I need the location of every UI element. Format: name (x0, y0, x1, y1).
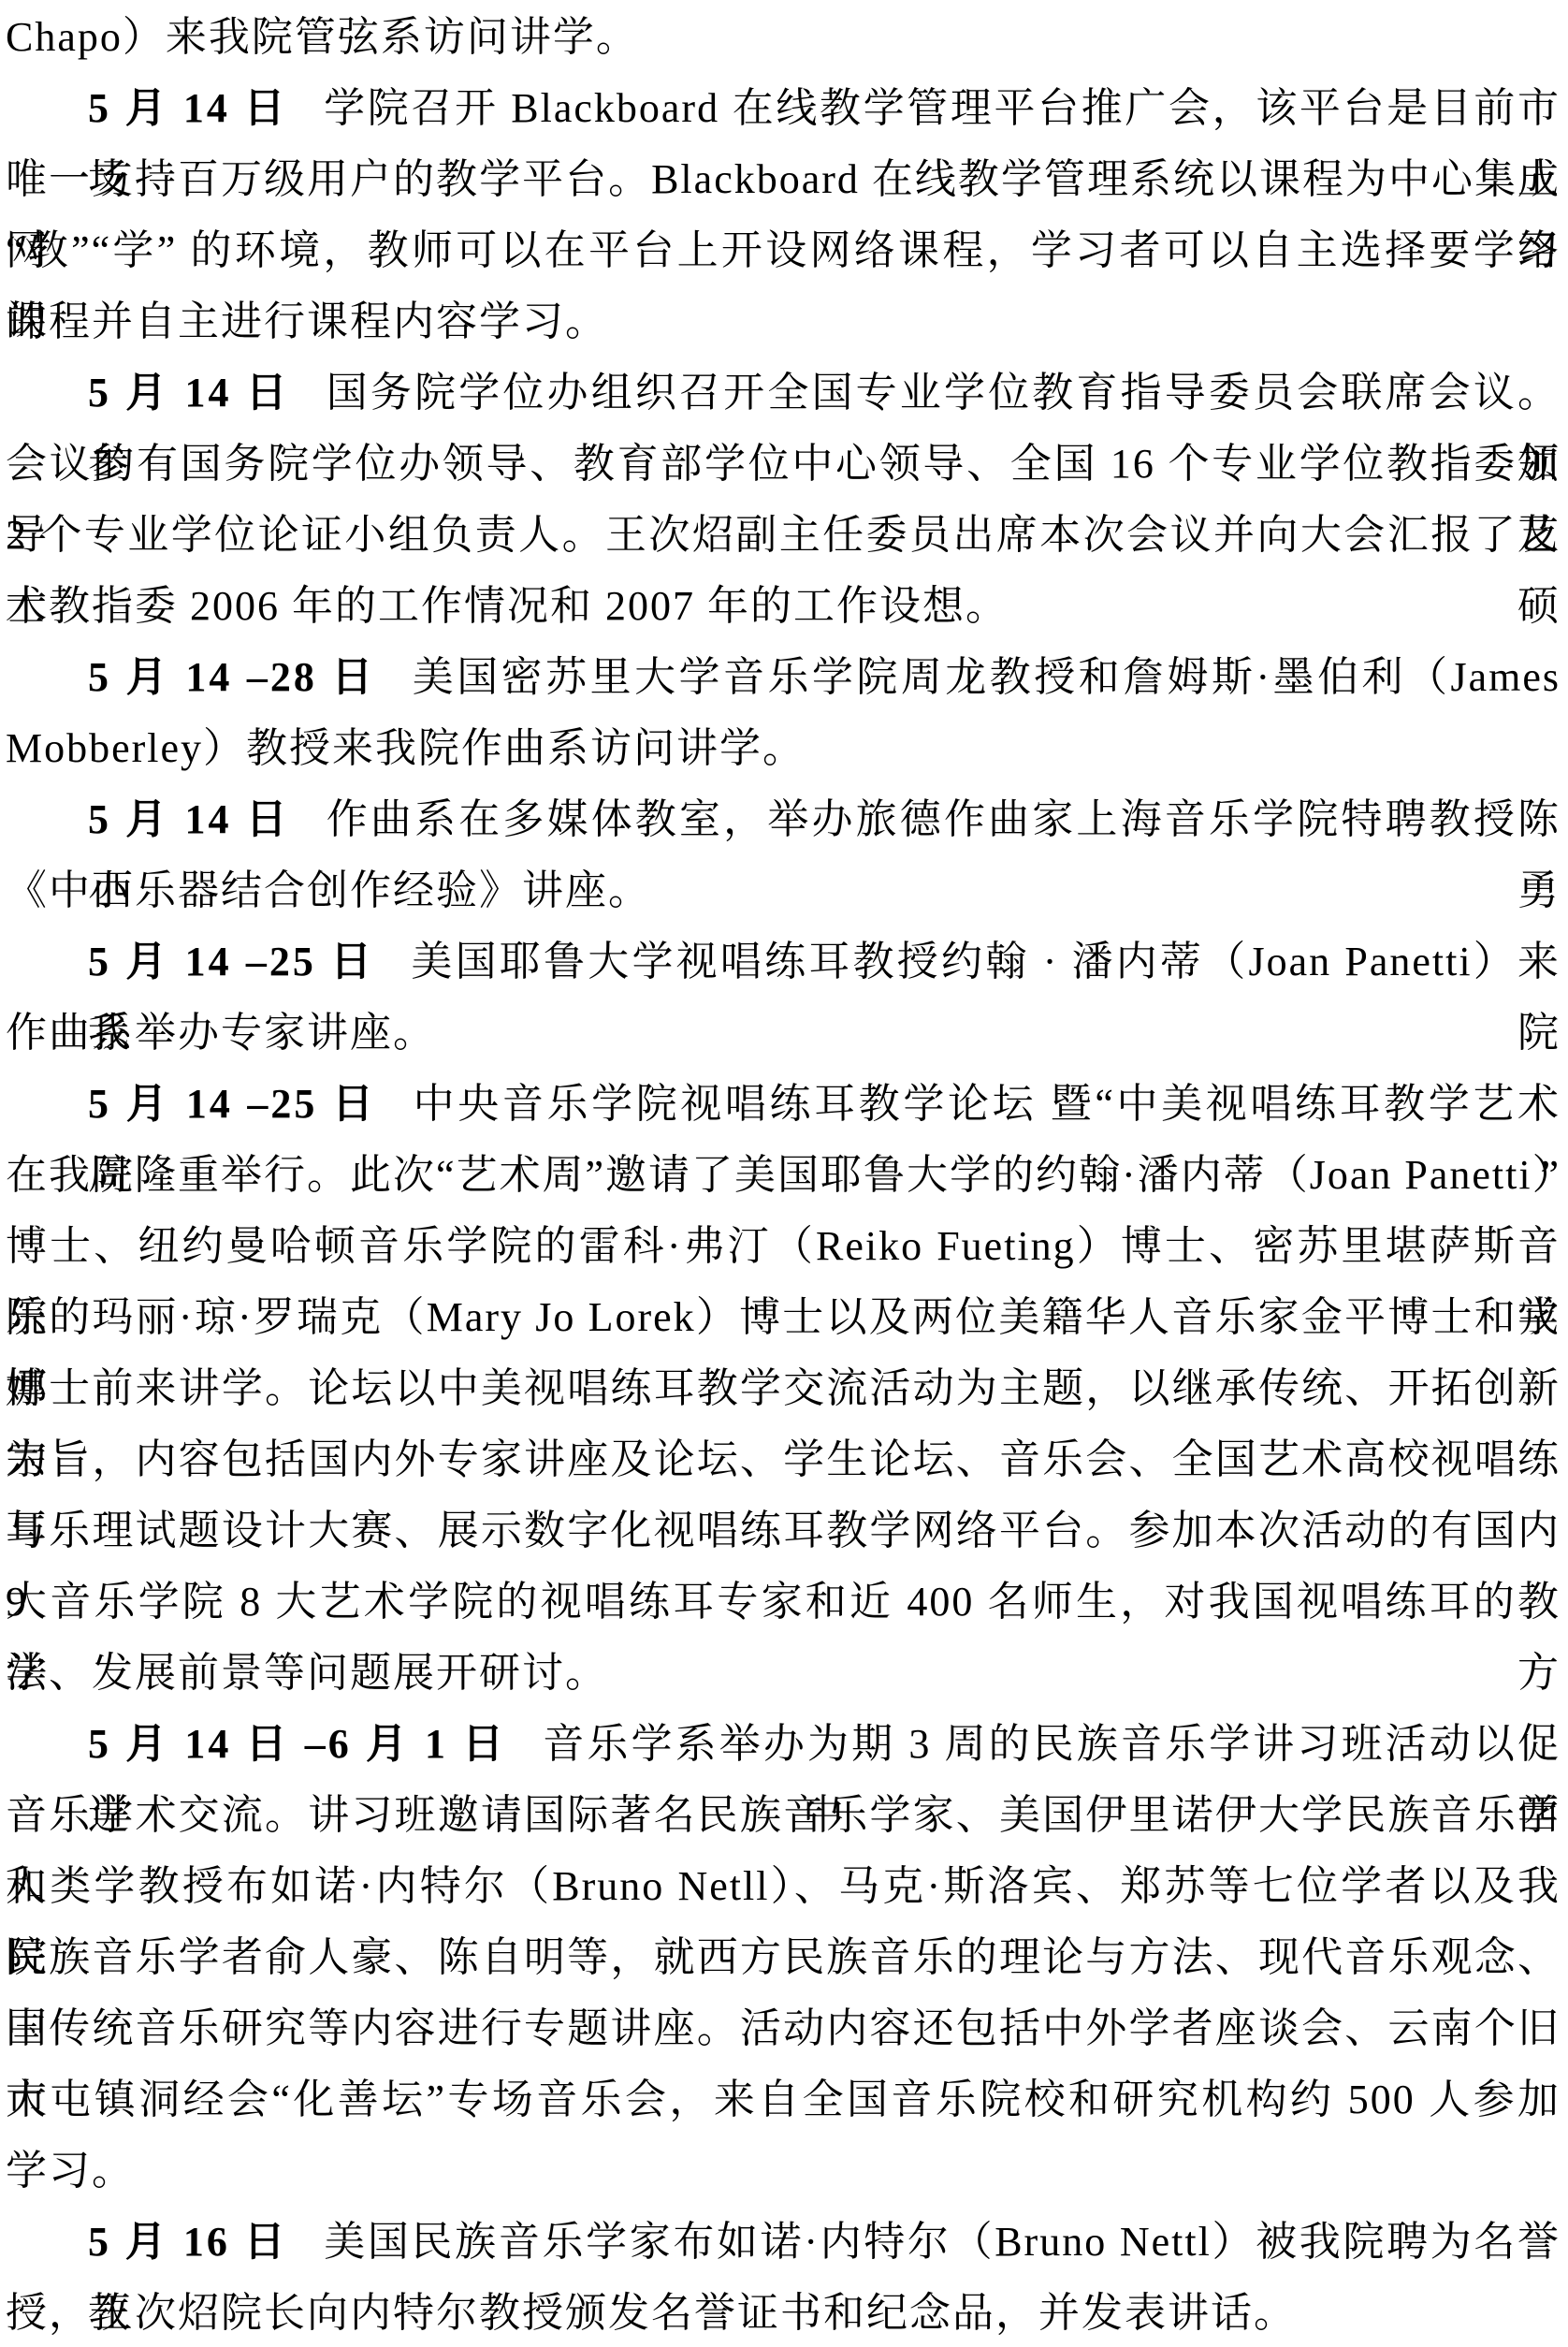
line-text: 在我院隆重举行。此次“艺术周”邀请了美国耶鲁大学的约翰·潘内蒂（Joan Pan… (6, 1152, 1568, 1198)
text-line: 会议的有国务院学位办领导、教育部学位中心领导、全国 16 个专业学位教指委领导及 (6, 429, 1561, 500)
text-line: 唯一支持百万级用户的教学平台。Blackboard 在线教学管理系统以课程为中心… (6, 144, 1561, 215)
date-label: 5 月 14 日 –6 月 1 日 (88, 1721, 507, 1767)
line-text: 学习。 (6, 2148, 135, 2194)
text-line: 5 月 14 –28 日美国密苏里大学音乐学院周龙教授和詹姆斯·墨伯利（Jame… (6, 642, 1561, 713)
line-text: Chapo）来我院管弦系访问讲学。 (6, 14, 639, 60)
text-line: 宗旨，内容包括国内外专家讲座及论坛、学生论坛、音乐会、全国艺术高校视唱练耳 (6, 1424, 1561, 1495)
text-line: Mobberley）教授来我院作曲系访问讲学。 (6, 713, 1561, 784)
line-text: 法、发展前景等问题展开研讨。 (6, 1650, 608, 1696)
line-text: 课程并自主进行课程内容学习。 (6, 299, 608, 344)
line-text: 大屯镇洞经会“化善坛”专场音乐会，来自全国音乐院校和研究机构约 500 人参加 (6, 2077, 1561, 2122)
text-line: 5 月 14 日学院召开 Blackboard 在线教学管理平台推广会，该平台是… (6, 73, 1561, 144)
line-text: Mobberley）教授来我院作曲系访问讲学。 (6, 725, 806, 771)
text-line: 5 月 14 日 –6 月 1 日音乐学系举办为期 3 周的民族音乐学讲习班活动… (6, 1709, 1561, 1780)
date-label: 5 月 14 日 (88, 796, 291, 842)
text-line: 2 个专业学位论证小组负责人。王次炤副主任委员出席本次会议并向大会汇报了艺术硕 (6, 500, 1561, 571)
text-line: 音乐学术交流。讲习班邀请国际著名民族音乐学家、美国伊里诺伊大学民族音乐学和 (6, 1780, 1561, 1851)
text-line: 人类学教授布如诺·内特尔（Bruno Netll）、马克·斯洛宾、郑苏等七位学者… (6, 1851, 1561, 1922)
text-line: 与乐理试题设计大赛、展示数字化视唱练耳教学网络平台。参加本次活动的有国内 9 (6, 1495, 1561, 1567)
text-line: 5 月 16 日美国民族音乐学家布如诺·内特尔（Bruno Nettl）被我院聘… (6, 2207, 1561, 2278)
text-line: 博士、纽约曼哈顿音乐学院的雷科·弗汀（Reiko Fueting）博士、密苏里堪… (6, 1211, 1561, 1282)
text-line: 5 月 14 日作曲系在多媒体教室，举办旅德作曲家上海音乐学院特聘教授陈小勇 (6, 784, 1561, 855)
text-block: Chapo）来我院管弦系访问讲学。5 月 14 日学院召开 Blackboard… (6, 2, 1561, 2347)
date-label: 5 月 14 日 (88, 370, 291, 415)
text-line: 5 月 14 –25 日美国耶鲁大学视唱练耳教授约翰 · 潘内蒂（Joan Pa… (6, 926, 1561, 998)
text-line: 国传统音乐研究等内容进行专题讲座。活动内容还包括中外学者座谈会、云南个旧市 (6, 1993, 1561, 2064)
date-label: 5 月 14 –28 日 (88, 654, 377, 700)
text-line: 学习。 (6, 2136, 1561, 2207)
line-text: 美国密苏里大学音乐学院周龙教授和詹姆斯·墨伯利（James (413, 654, 1561, 700)
date-label: 5 月 14 –25 日 (88, 1081, 378, 1127)
text-line: 博士前来讲学。论坛以中美视唱练耳教学交流活动为主题，以继承传统、开拓创新为 (6, 1353, 1561, 1424)
text-line: 5 月 14 日国务院学位办组织召开全国专业学位教育指导委员会联席会议。参加 (6, 357, 1561, 429)
line-text: 作曲系举办专家讲座。 (6, 1010, 436, 1056)
text-line: “教”“学” 的环境，教师可以在平台上开设网络课程，学习者可以自主选择要学习的 (6, 215, 1561, 286)
text-line: 课程并自主进行课程内容学习。 (6, 286, 1561, 357)
document-page: Chapo）来我院管弦系访问讲学。5 月 14 日学院召开 Blackboard… (0, 0, 1568, 2347)
date-label: 5 月 16 日 (88, 2219, 288, 2265)
text-line: 在我院隆重举行。此次“艺术周”邀请了美国耶鲁大学的约翰·潘内蒂（Joan Pan… (6, 1140, 1561, 1211)
text-line: 大屯镇洞经会“化善坛”专场音乐会，来自全国音乐院校和研究机构约 500 人参加 (6, 2064, 1561, 2136)
text-line: Chapo）来我院管弦系访问讲学。 (6, 2, 1561, 73)
text-line: 5 月 14 –25 日中央音乐学院视唱练耳教学论坛 暨“中美视唱练耳教学艺术周… (6, 1069, 1561, 1140)
date-label: 5 月 14 –25 日 (88, 939, 375, 984)
text-line: 民族音乐学者俞人豪、陈自明等，就西方民族音乐的理论与方法、现代音乐观念、中 (6, 1922, 1561, 1993)
line-text: 《中西乐器结合创作经验》讲座。 (6, 867, 651, 913)
date-label: 5 月 14 日 (88, 85, 288, 131)
text-line: 授，王次炤院长向内特尔教授颁发名誉证书和纪念品，并发表讲话。 (6, 2278, 1561, 2347)
text-line: 院的玛丽·琼·罗瑞克（Mary Jo Lorek）博士以及两位美籍华人音乐家金平… (6, 1282, 1561, 1353)
line-text: 授，王次炤院长向内特尔教授颁发名誉证书和纪念品，并发表讲话。 (6, 2290, 1297, 2336)
line-text: 士教指委 2006 年的工作情况和 2007 年的工作设想。 (6, 583, 1009, 629)
text-line: 大音乐学院 8 大艺术学院的视唱练耳专家和近 400 名师生，对我国视唱练耳的教… (6, 1567, 1561, 1638)
